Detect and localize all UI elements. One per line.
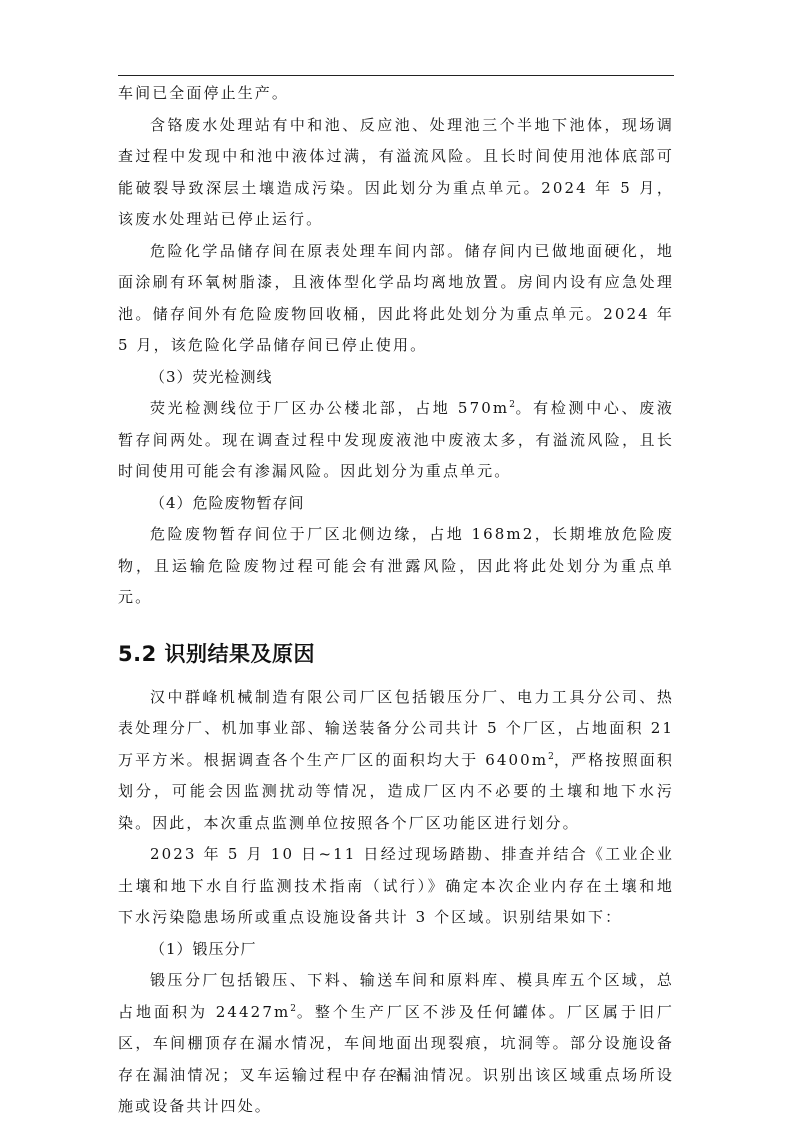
paragraph-hazardous-waste-storage: 危险废物暂存间位于厂区北侧边缘，占地 168m2，长期堆放危险废物，且运输危险废… bbox=[118, 519, 674, 614]
section-heading: 5.2 识别结果及原因 bbox=[118, 640, 674, 668]
subheading-forging-plant: （1）锻压分厂 bbox=[118, 934, 674, 966]
paragraph-continuation: 车间已全面停止生产。 bbox=[118, 78, 674, 110]
paragraph-forging-plant: 锻压分厂包括锻压、下料、输送车间和原料库、模具库五个区域，总占地面积为 2442… bbox=[118, 965, 674, 1122]
document-body: 车间已全面停止生产。 含铬废水处理站有中和池、反应池、处理池三个半地下池体，现场… bbox=[118, 78, 674, 1122]
paragraph-chromium-wastewater-station: 含铬废水处理站有中和池、反应池、处理池三个半地下池体，现场调查过程中发现中和池中… bbox=[118, 110, 674, 236]
paragraph-site-survey: 2023 年 5 月 10 日~11 日经过现场踏勘、排查并结合《工业企业土壤和… bbox=[118, 839, 674, 934]
paragraph-text: 荧光检测线位于厂区办公楼北部，占地 570m bbox=[150, 399, 509, 417]
subheading-hazardous-waste-storage: （4）危险废物暂存间 bbox=[118, 488, 674, 520]
subheading-fluorescent-inspection-line: （3）荧光检测线 bbox=[118, 362, 674, 394]
paragraph-fluorescent-inspection-line: 荧光检测线位于厂区办公楼北部，占地 570m2。有检测中心、废液暂存间两处。现在… bbox=[118, 393, 674, 488]
header-rule bbox=[118, 75, 674, 76]
paragraph-hazardous-chemical-storage: 危险化学品储存间在原表处理车间内部。储存间内已做地面硬化，地面涂刷有环氧树脂漆，… bbox=[118, 236, 674, 362]
page-number: 24 bbox=[0, 1066, 793, 1081]
paragraph-company-overview: 汉中群峰机械制造有限公司厂区包括锻压分厂、电力工具分公司、热表处理分厂、机加事业… bbox=[118, 682, 674, 840]
